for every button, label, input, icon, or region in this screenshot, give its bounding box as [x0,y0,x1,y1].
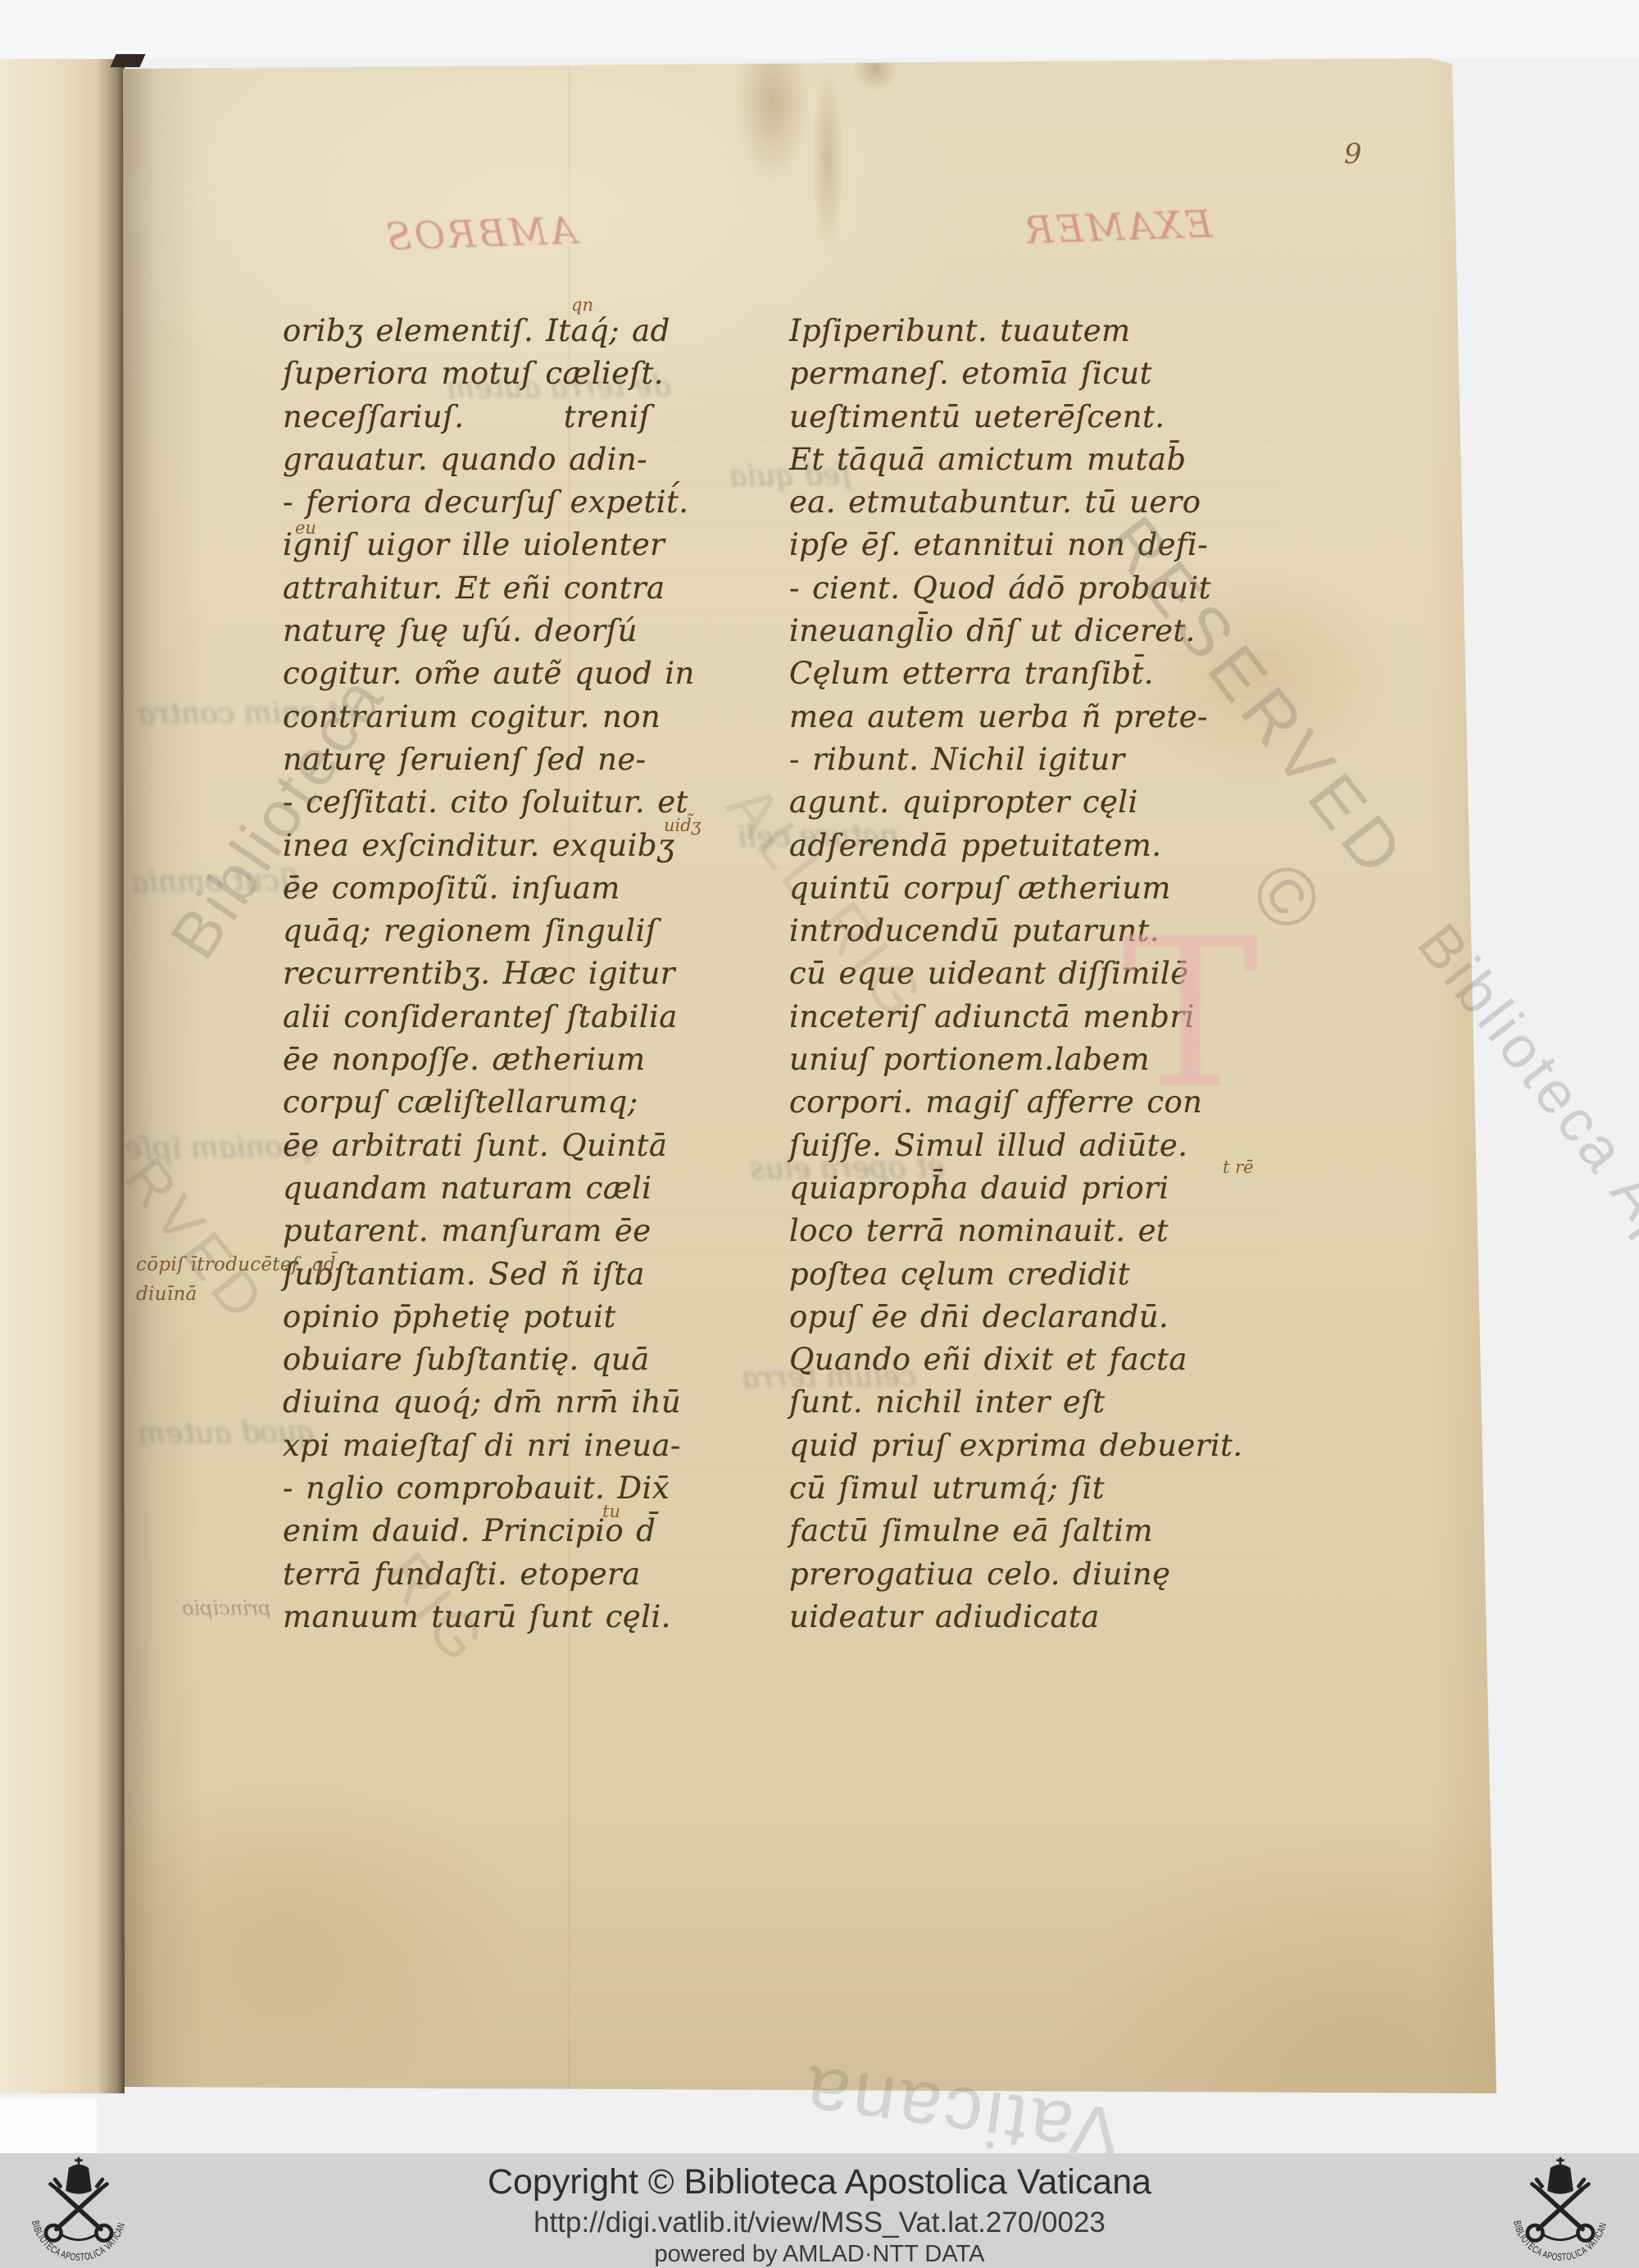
manuscript-line: uideatur adiudicata [789,1596,1243,1639]
manuscript-line: oribʒ elementiſ. Itaq́; ad [283,310,695,352]
footer-copyright: Copyright © Biblioteca Apostolica Vatica… [0,2162,1639,2202]
manuscript-line: grauatur. quando adin- [283,439,695,481]
manuscript-line: poſtea cęlum credidit [789,1253,1243,1296]
manuscript-line: terrā fundaſti. etopera [283,1553,695,1596]
manuscript-line: recurrentibʒ. Hæc igitur [283,952,695,995]
scan-backing-corner [0,2098,97,2154]
manuscript-line: Ipſiperibunt. tuautem [789,310,1243,352]
gutter-shadow [110,54,145,67]
manuscript-line: Cęlum etterra tranſibt̄. [789,652,1243,695]
manuscript-line: mea autem uerba ñ prete- [789,696,1243,739]
manuscript-line: factū ſimulne eā ſaltim [789,1510,1243,1552]
manuscript-line: xpi maieſtaſ di nri ineua- [283,1425,695,1467]
manuscript-line: igniſ uigor ille uiolenter [283,524,695,566]
manuscript-line: opinio p̄phetię potuit [283,1296,695,1339]
manuscript-line: obuiare ſubſtantię. quā [283,1339,695,1381]
manuscript-line: ſubſtantiam. Sed ñ iſta [283,1253,695,1296]
manuscript-line: opuſ ēe dn̄i declarandū. [789,1296,1243,1339]
manuscript-line: attrahitur. Et eñi contra [283,567,695,610]
interlinear-gloss: t rē [1223,1157,1254,1177]
manuscript-line: putarent. manſuram ēe [283,1210,695,1252]
digitized-manuscript-scan: et enim contra ſicut omnia quoniam ipſe … [0,0,1639,2268]
interlinear-gloss: eu [295,518,316,538]
footer-powered-by: powered by AMLAD·NTT DATA [0,2241,1639,2268]
manuscript-line: agunt. quipropter cęli [789,781,1243,824]
marginal-gloss-showthrough: principio [182,1597,271,1620]
text-column-left: oribʒ elementiſ. Itaq́; adſuperiora motu… [283,310,695,1639]
faded-initial-T: T [1121,911,1259,1118]
manuscript-line: permaneſ. etomīa ſicut [789,352,1243,395]
manuscript-line: naturę ſuę uſú. deorſú [283,610,695,652]
manuscript-line: quid priuſ exprima debuerit. [789,1425,1243,1467]
marginal-gloss-inline: uid̃ʒ [664,816,701,835]
folio-number: 9 [1344,138,1362,170]
manuscript-line: diuina quoq́; dm̄ nrm̄ ihū [283,1381,695,1424]
manuscript-line: ēe nonpoſſe. ætherium [283,1039,695,1081]
facing-page-edge [0,59,125,2093]
manuscript-line: Quando eñi dixit et facta [789,1339,1243,1381]
manuscript-line: ueſtimentū ueterēſcent. [789,396,1243,439]
manuscript-line: ēe arbitrati ſunt. Quintā [283,1125,695,1167]
running-title-showthrough-left: AMBROS [383,208,578,259]
manuscript-line: - feriora decurſuſ expetit́. [283,481,695,524]
manuscript-line: - ribunt. Nichil igitur [789,739,1243,781]
manuscript-line: ſuperiora motuſ cælieſt. [283,352,695,395]
interlinear-gloss: qn [571,295,593,315]
manuscript-line: ſunt. nichil inter eſt [789,1381,1243,1424]
manuscript-line: neceſſariuſ. treniſ [283,396,695,439]
manuscript-line: prerogatiua celo. diuinę [789,1553,1243,1596]
manuscript-line: - nglio comprobauit. Dix̄ [283,1467,695,1510]
manuscript-line: alii conſideranteſ ſtabilia [283,996,695,1039]
footer-url: http://digi.vatlib.it/view/MSS_Vat.lat.2… [0,2207,1639,2239]
manuscript-line: quāq; regionem ſinguliſ [283,910,695,952]
manuscript-line: enim dauid. Principio d̄ [283,1510,695,1552]
manuscript-line: Et tāquā amictum mutab̄ [789,439,1243,481]
manuscript-line: corpuſ cæliſtellarumq; [283,1081,695,1124]
interlinear-gloss: tu [602,1502,620,1521]
manuscript-line: loco terrā nominauit. et [789,1210,1243,1252]
running-title-showthrough-right: EXAMER [1022,202,1213,252]
manuscript-line: quiaproph̄a dauid priori [789,1167,1243,1210]
manuscript-line: ea. etmutabuntur. tū uero [789,481,1243,524]
manuscript-line: inea exſcinditur. exquibʒ [283,825,695,867]
manuscript-line: cū ſimul utrumq́; ſit [789,1467,1243,1510]
manuscript-line: adſerendā ppetuitatem. [789,825,1243,867]
manuscript-line: ēe compoſitũ. inſuam [283,867,695,910]
manuscript-line: quandam naturam cæli [283,1167,695,1210]
manuscript-line: - ceſſitati. cito ſoluitur. et [283,781,695,824]
